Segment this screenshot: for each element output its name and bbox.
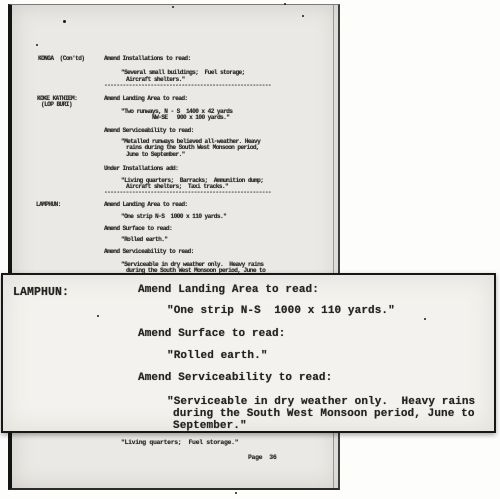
scan-speckle xyxy=(97,315,99,317)
amend-landing-lead: Amend Landing Area to read: xyxy=(104,95,188,102)
magnifier-quote-line: "Serviceable in dry weather only. Heavy … xyxy=(167,396,475,408)
divider-line: ----------------------------------------… xyxy=(104,189,271,196)
under-installations-lead: Under Installations add: xyxy=(104,165,178,172)
quote-line: "Rolled earth." xyxy=(121,236,167,243)
quote-line: rains during the South West Monsoon peri… xyxy=(126,144,259,151)
scan-speckle xyxy=(172,6,174,8)
section-sublabel-lop-buri: (LOP BURI) xyxy=(41,101,72,108)
magnifier-quote-line: during the South West Monsoon period, Ju… xyxy=(173,408,475,420)
quote-line: NW-SE 900 x 100 yards." xyxy=(152,114,229,121)
quote-line: "One strip N-S 1000 x 110 yards." xyxy=(121,213,226,220)
quote-line: June to September." xyxy=(126,151,185,158)
magnifier-quote-line: "One strip N-S 1000 x 110 yards." xyxy=(167,305,395,317)
magnifier-amend-surface-lead: Amend Surface to read: xyxy=(138,328,285,340)
scan-speckle xyxy=(424,318,426,320)
amend-surface-lead: Amend Surface to read: xyxy=(104,225,172,232)
magnifier-quote-line: September." xyxy=(173,420,247,432)
amend-serviceability-lead: Amend Serviceability to read: xyxy=(104,127,194,134)
quote-line: "Several small buildings; Fuel storage; xyxy=(121,69,245,76)
magnifier-label-lamphun: LAMPHUN: xyxy=(13,287,69,299)
page-number: Page 36 xyxy=(248,454,276,461)
document-scan: KONGA (Con'td) Amend Installations to re… xyxy=(0,0,500,499)
scan-speckle xyxy=(284,3,286,5)
magnifier-amend-serviceability-lead: Amend Serviceability to read: xyxy=(138,372,332,384)
scan-speckle xyxy=(302,15,304,17)
amend-serviceability-lead: Amend Serviceability to read: xyxy=(104,248,194,255)
amend-installations-lead: Amend Installations to read: xyxy=(104,55,191,62)
magnifier-amend-landing-lead: Amend Landing Area to read: xyxy=(138,284,319,296)
footer-quote-line: "Living quarters; Fuel storage." xyxy=(121,439,238,446)
magnifier-quote-line: "Rolled earth." xyxy=(167,350,268,362)
divider-line: ----------------------------------------… xyxy=(104,82,271,89)
scan-speckle xyxy=(235,492,237,494)
scan-speckle xyxy=(63,20,66,23)
section-label-lamphun: LAMPHUN: xyxy=(36,201,61,208)
section-label-konga: KONGA (Con'td) xyxy=(38,55,84,62)
amend-landing-lead: Amend Landing Area to read: xyxy=(104,201,188,208)
scan-speckle xyxy=(36,44,38,46)
